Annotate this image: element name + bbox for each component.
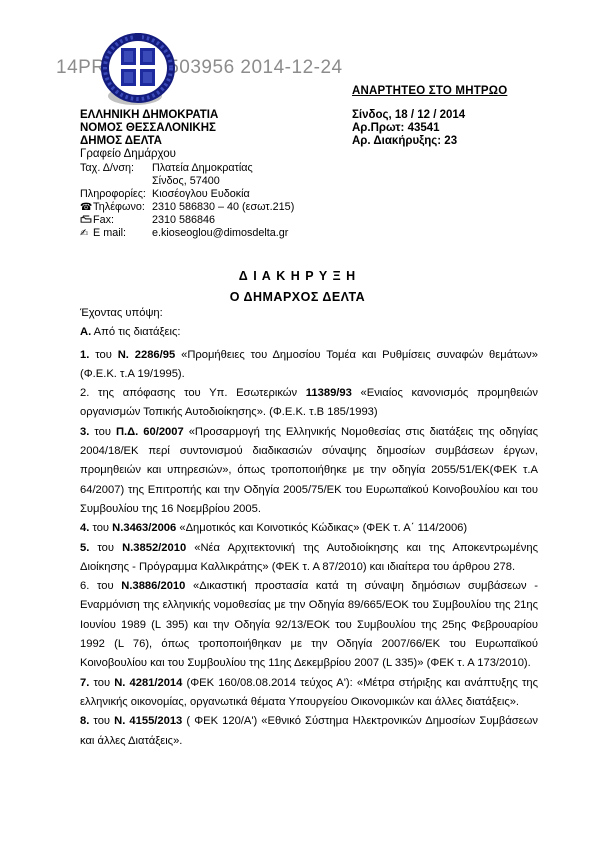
intro-line: Έχοντας υπόψη:: [80, 304, 538, 323]
registry-note: ΑΝΑΡΤΗΤΕΟ ΣΤΟ ΜΗΤΡΩΟ: [352, 85, 507, 97]
email-row: ✍ E mail: e.kioseoglou@dimosdelta.gr: [80, 227, 294, 240]
greek-coat-of-arms-emblem: [101, 33, 177, 107]
fax-icon: [80, 214, 93, 226]
fax-label: Fax:: [93, 214, 114, 227]
legal-item: 5. του Ν.3852/2010 «Νέα Αρχιτεκτονική τη…: [80, 539, 538, 578]
legal-item: 7. του Ν. 4281/2014 (ΦΕΚ 160/08.08.2014 …: [80, 674, 538, 713]
fax-row: Fax: 2310 586846: [80, 214, 294, 227]
address-label: Ταχ. Δ/νση:: [80, 162, 134, 175]
legal-item: 1. του Ν. 2286/95 «Προμήθειες του Δημοσί…: [80, 346, 538, 385]
phone-value: 2310 586830 – 40 (εσωτ.215): [152, 201, 294, 214]
legal-item: 4. του Ν.3463/2006 «Δημοτικός και Κοινοτ…: [80, 519, 538, 538]
legal-item: 6. του Ν.3886/2010 «Δικαστική προστασία …: [80, 577, 538, 673]
contact-block: Ταχ. Δ/νση: Πλατεία Δημοκρατίας Σίνδος, …: [80, 162, 294, 239]
org-block: ΕΛΛΗΝΙΚΗ ΔΗΜΟΚΡΑΤΙΑ ΝΟΜΟΣ ΘΕΣΣΑΛΟΝΙΚΗΣ Δ…: [80, 109, 218, 161]
legal-item: 8. του Ν. 4155/2013 ( ΦΕΚ 120/Α') «Εθνικ…: [80, 712, 538, 751]
document-subtitle: Ο ΔΗΜΑΡΧΟΣ ΔΕΛΤΑ: [0, 290, 595, 304]
org-line-republic: ΕΛΛΗΝΙΚΗ ΔΗΜΟΚΡΑΤΙΑ: [80, 109, 218, 122]
org-line-municipality: ΔΗΜΟΣ ΔΕΛΤΑ: [80, 135, 218, 148]
meta-block: Σίνδος, 18 / 12 / 2014 Αρ.Πρωτ: 43541 Αρ…: [352, 109, 465, 148]
address-value-2: Σίνδος, 57400: [152, 175, 220, 188]
email-icon: ✍: [80, 229, 93, 239]
fax-value: 2310 586846: [152, 214, 215, 227]
section-a-heading: Α. Από τις διατάξεις:: [80, 323, 538, 342]
place-date: Σίνδος, 18 / 12 / 2014: [352, 109, 465, 122]
phone-icon: ☎: [80, 203, 93, 213]
address-value: Πλατεία Δημοκρατίας: [152, 162, 253, 175]
address-row: Ταχ. Δ/νση: Πλατεία Δημοκρατίας: [80, 162, 294, 175]
info-value: Κιοσέογλου Ευδοκία: [152, 188, 250, 201]
info-label: Πληροφορίες:: [80, 188, 146, 201]
protocol-number: Αρ.Πρωτ: 43541: [352, 122, 465, 135]
email-value: e.kioseoglou@dimosdelta.gr: [152, 227, 288, 240]
legal-item: 3. του Π.Δ. 60/2007 «Προσαρμογή της Ελλη…: [80, 423, 538, 519]
document-body: Έχοντας υπόψη: Α. Από τις διατάξεις: 1. …: [80, 304, 538, 751]
address-row-2: Σίνδος, 57400: [80, 175, 294, 188]
info-row: Πληροφορίες: Κιοσέογλου Ευδοκία: [80, 188, 294, 201]
email-label: E mail:: [93, 227, 126, 240]
title-block: Δ Ι Α Κ Η Ρ Υ Ξ Η Ο ΔΗΜΑΡΧΟΣ ΔΕΛΤΑ: [0, 269, 595, 304]
document-title: Δ Ι Α Κ Η Ρ Υ Ξ Η: [0, 269, 595, 283]
legal-items-list: 1. του Ν. 2286/95 «Προμήθειες του Δημοσί…: [80, 346, 538, 751]
org-line-prefecture: ΝΟΜΟΣ ΘΕΣΣΑΛΟΝΙΚΗΣ: [80, 122, 218, 135]
procurement-watermark: 14PROC002503956 2014-12-24: [56, 57, 343, 79]
phone-label: Τηλέφωνο:: [93, 201, 145, 214]
proclamation-number: Αρ. Διακήρυξης: 23: [352, 135, 465, 148]
office-line: Γραφείο Δημάρχου: [80, 148, 218, 161]
phone-row: ☎ Τηλέφωνο: 2310 586830 – 40 (εσωτ.215): [80, 201, 294, 214]
document-page: 14PROC002503956 2014-12-24 ΑΝΑΡΤΗΤΕΟ ΣΤΟ…: [0, 0, 595, 842]
legal-item: 2. της απόφασης του Υπ. Εσωτερικών 11389…: [80, 384, 538, 423]
